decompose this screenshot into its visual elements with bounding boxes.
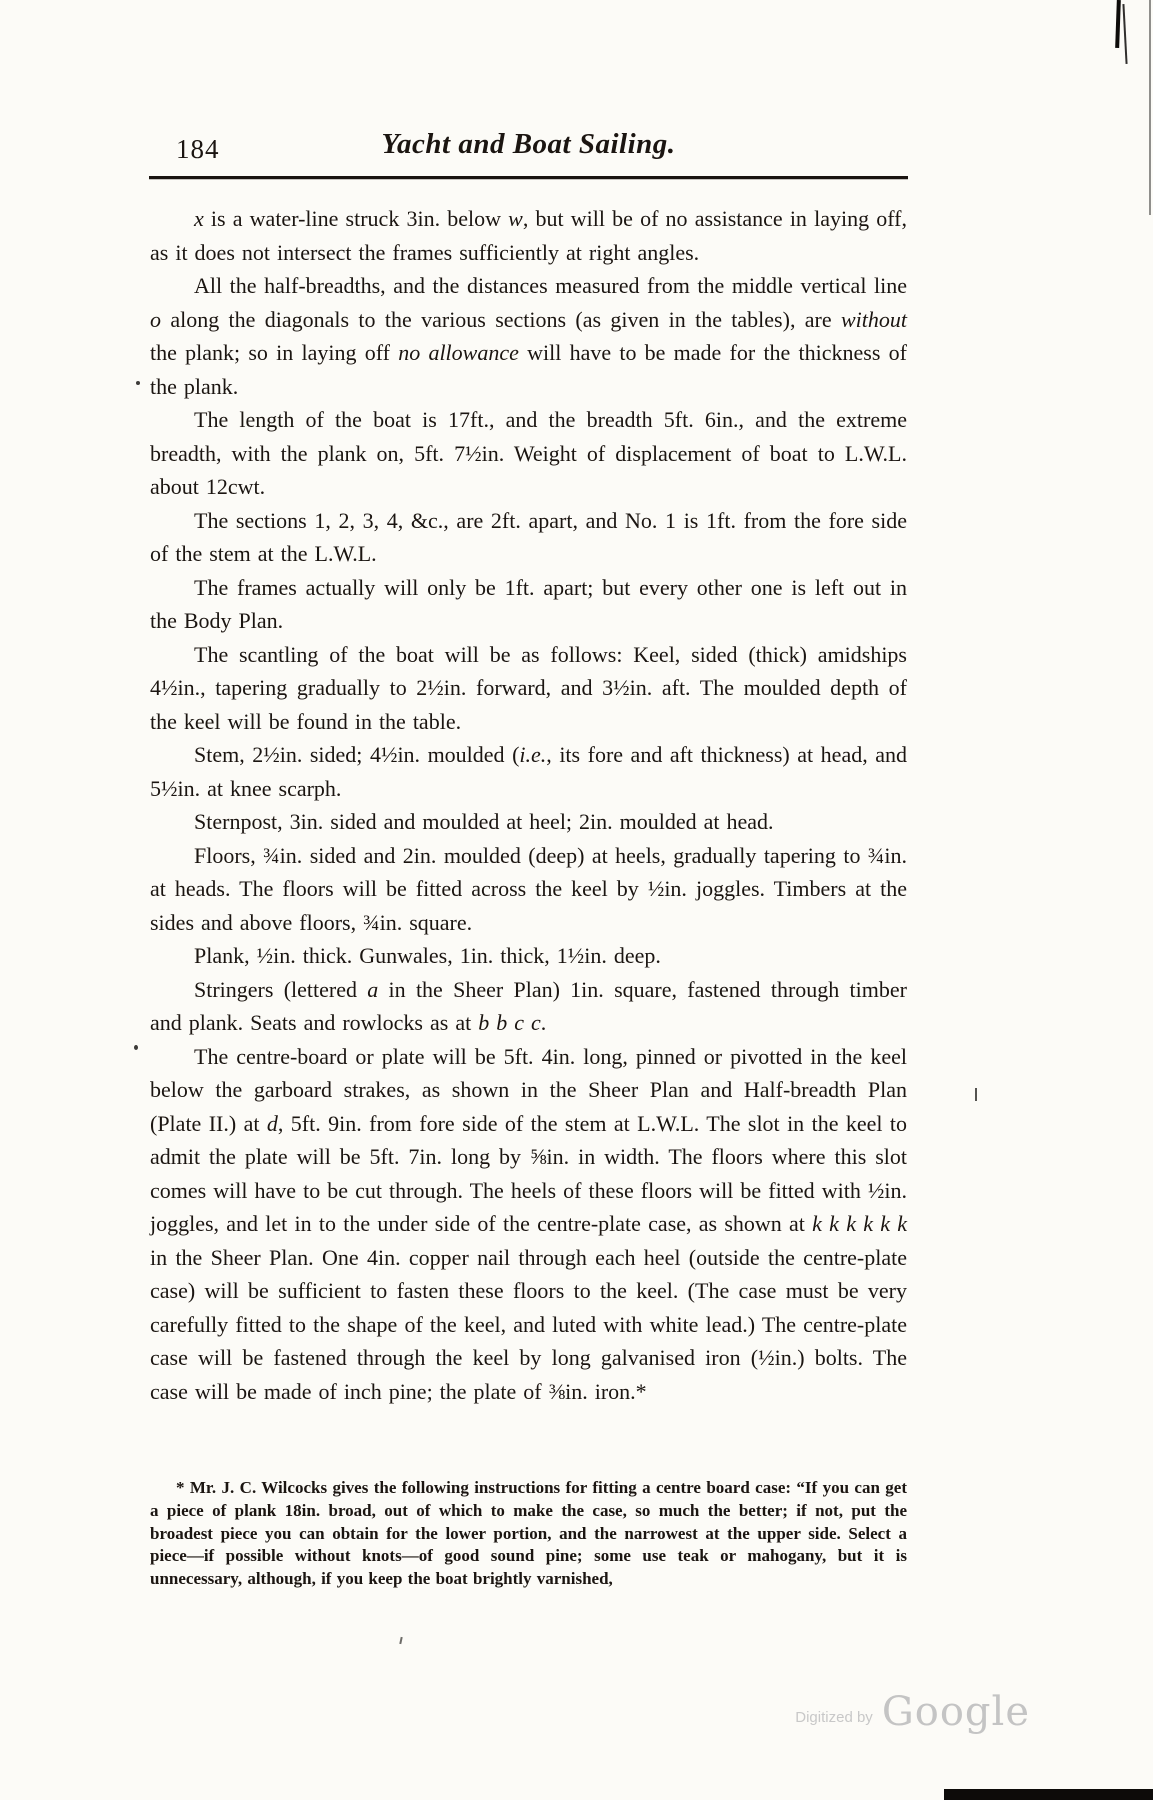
body-text: x is a water-line struck 3in. below w, b…	[150, 202, 907, 1408]
scan-artifact-stray-mark	[399, 1637, 402, 1644]
digitized-by-label: Digitized by	[795, 1699, 873, 1726]
italic-run: i.e.	[519, 742, 546, 767]
page-header: 184 Yacht and Boat Sailing.	[150, 128, 907, 172]
text-run: Sternpost, 3in. sided and moulded at hee…	[194, 809, 774, 834]
paragraph-stringers: Stringers (lettered a in the Sheer Plan)…	[150, 973, 907, 1040]
header-rule	[149, 176, 908, 179]
scan-artifact-margin-dot-2	[134, 1045, 138, 1050]
text-run: The length of the boat is 17ft., and the…	[150, 407, 907, 499]
scan-artifact-top-right-mark-2	[1122, 4, 1127, 64]
text-run: The scantling of the boat will be as fol…	[150, 642, 907, 734]
scan-artifact-right-edge-line	[1149, 0, 1151, 215]
scan-artifact-margin-dot	[136, 381, 140, 385]
text-run: .	[541, 1010, 547, 1035]
paragraph-frames: The frames actually will only be 1ft. ap…	[150, 571, 907, 638]
text-run: Stringers (lettered	[194, 977, 367, 1002]
text-run: Stem, 2½in. sided; 4½in. moulded (	[194, 742, 519, 767]
footnote-paragraph: * Mr. J. C. Wilcocks gives the following…	[150, 1477, 907, 1591]
text-run: the plank; so in laying off	[150, 340, 398, 365]
italic-run: no allowance	[398, 340, 519, 365]
italic-run: o	[150, 307, 161, 332]
text-run: along the diagonals to the various secti…	[161, 307, 841, 332]
italic-run: k k k k k k	[812, 1211, 907, 1236]
paragraph-scantling: The scantling of the boat will be as fol…	[150, 638, 907, 739]
digitized-by-watermark: Digitized by Google	[700, 1684, 1030, 1740]
italic-run: d	[267, 1111, 278, 1136]
italic-run: x	[194, 206, 204, 231]
scan-artifact-top-right-mark	[1115, 0, 1121, 48]
text-run: The sections 1, 2, 3, 4, &c., are 2ft. a…	[150, 508, 907, 567]
text-run: in the Sheer Plan. One 4in. copper nail …	[150, 1245, 907, 1404]
paragraph-waterline: x is a water-line struck 3in. below w, b…	[150, 202, 907, 269]
paragraph-half-breadths: All the half-breadths, and the distances…	[150, 269, 907, 403]
italic-run: b b c c	[478, 1010, 541, 1035]
paragraph-centre-board: The centre-board or plate will be 5ft. 4…	[150, 1040, 907, 1409]
text-run: * Mr. J. C. Wilcocks gives the following…	[150, 1478, 907, 1588]
text-run: The frames actually will only be 1ft. ap…	[150, 575, 907, 634]
text-run: All the half-breadths, and the distances…	[194, 273, 907, 298]
footnote: * Mr. J. C. Wilcocks gives the following…	[150, 1477, 907, 1591]
scan-artifact-bottom-bar	[944, 1789, 1153, 1800]
italic-run: without	[841, 307, 907, 332]
paragraph-length: The length of the boat is 17ft., and the…	[150, 403, 907, 504]
paragraph-sections: The sections 1, 2, 3, 4, &c., are 2ft. a…	[150, 504, 907, 571]
running-title: Yacht and Boat Sailing.	[150, 128, 907, 161]
text-run: is a water-line struck 3in. below	[204, 206, 508, 231]
paragraph-plank: Plank, ½in. thick. Gunwales, 1in. thick,…	[150, 939, 907, 973]
book-page: 184 Yacht and Boat Sailing. x is a water…	[0, 0, 1153, 1800]
google-logo: Google	[882, 1689, 1030, 1735]
text-run: Plank, ½in. thick. Gunwales, 1in. thick,…	[194, 943, 661, 968]
paragraph-stem: Stem, 2½in. sided; 4½in. moulded (i.e., …	[150, 738, 907, 805]
italic-run: a	[367, 977, 378, 1002]
paragraph-floors: Floors, ¾in. sided and 2in. moulded (dee…	[150, 839, 907, 940]
scan-artifact-margin-tick	[975, 1088, 977, 1101]
text-run: Floors, ¾in. sided and 2in. moulded (dee…	[150, 843, 907, 935]
italic-run: w	[508, 206, 523, 231]
paragraph-sternpost: Sternpost, 3in. sided and moulded at hee…	[150, 805, 907, 839]
